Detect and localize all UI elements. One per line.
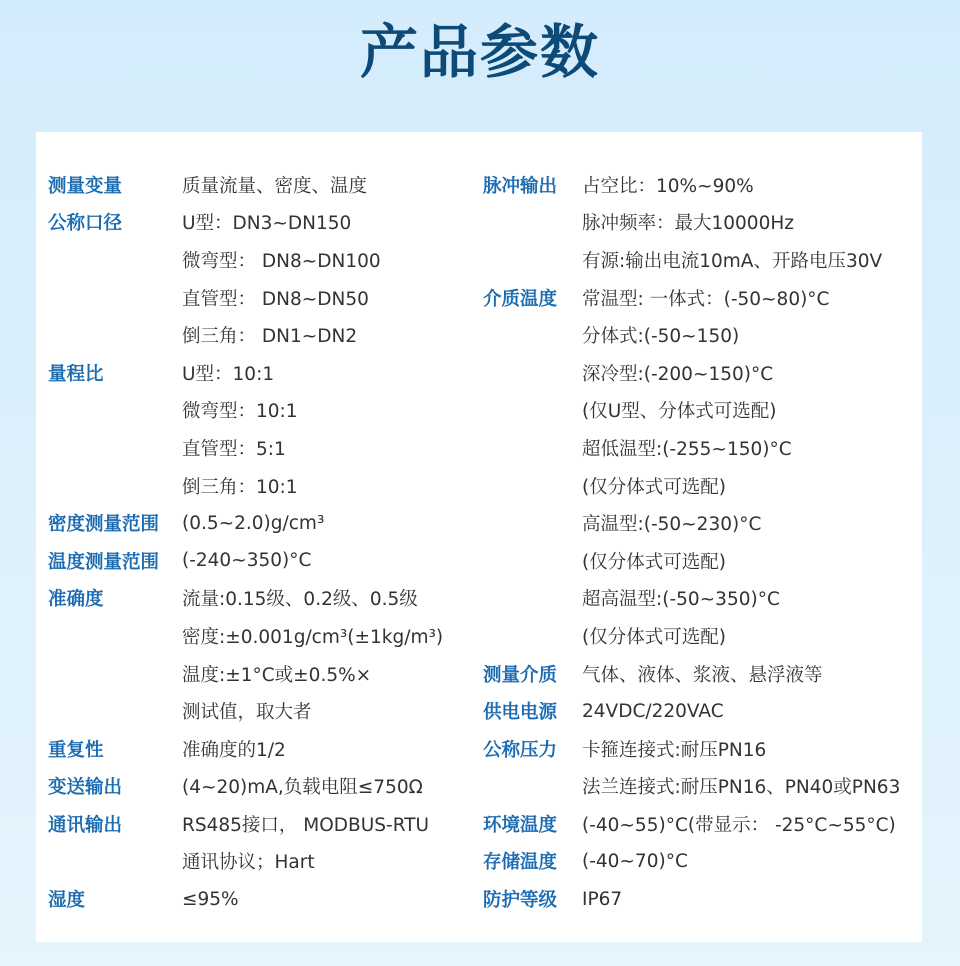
spec-value: (仅分体式可选配) (582, 473, 726, 499)
spec-label: 脉冲输出 (483, 172, 582, 198)
spec-row: (仅分体式可选配) (483, 542, 900, 580)
spec-value: 常温型: 一体式：(-50~80)°C (582, 285, 829, 311)
spec-label: 防护等级 (483, 886, 582, 912)
spec-row: 密度:±0.001g/cm³(±1kg/m³) (48, 617, 443, 655)
spec-label: 通讯输出 (48, 811, 182, 837)
spec-column-right: 脉冲输出占空比：10%~90% 脉冲频率：最大10000Hz 有源:输出电流10… (483, 166, 900, 918)
spec-value: (4~20)mA,负载电阻≤750Ω (182, 773, 423, 799)
spec-row: 倒三角：10:1 (48, 467, 443, 505)
spec-row: 测量介质气体、液体、浆液、悬浮液等 (483, 655, 900, 693)
spec-label: 公称压力 (483, 736, 582, 762)
spec-row: 测量变量质量流量、密度、温度 (48, 166, 443, 204)
spec-row: 脉冲输出占空比：10%~90% (483, 166, 900, 204)
spec-column-left: 测量变量质量流量、密度、温度 公称口径U型：DN3~DN150 微弯型： DN8… (48, 166, 443, 918)
spec-row: 准确度流量:0.15级、0.2级、0.5级 (48, 580, 443, 618)
spec-value: 温度:±1°C或±0.5%× (182, 661, 371, 687)
spec-row: 脉冲频率：最大10000Hz (483, 204, 900, 242)
spec-row: 超低温型:(-255~150)°C (483, 429, 900, 467)
spec-row: 供电电源24VDC/220VAC (483, 692, 900, 730)
spec-value: 通讯协议；Hart (182, 848, 315, 874)
spec-value: (仅分体式可选配) (582, 623, 726, 649)
spec-label: 温度测量范围 (48, 548, 182, 574)
spec-row: 分体式:(-50~150) (483, 316, 900, 354)
spec-value: 密度:±0.001g/cm³(±1kg/m³) (182, 623, 443, 649)
spec-row: 直管型：5:1 (48, 429, 443, 467)
spec-value: (-240~350)°C (182, 550, 311, 571)
spec-value: 倒三角：10:1 (182, 473, 298, 499)
spec-value: 流量:0.15级、0.2级、0.5级 (182, 585, 418, 611)
spec-value: 直管型：5:1 (182, 435, 286, 461)
spec-value: 质量流量、密度、温度 (182, 172, 367, 198)
spec-label: 重复性 (48, 736, 182, 762)
spec-label: 密度测量范围 (48, 510, 182, 536)
spec-value: 倒三角： DN1~DN2 (182, 322, 357, 348)
spec-row: 通讯协议；Hart (48, 843, 443, 881)
spec-row: 密度测量范围(0.5~2.0)g/cm³ (48, 504, 443, 542)
spec-label: 供电电源 (483, 698, 582, 724)
spec-value: (-40~70)°C (582, 851, 688, 872)
spec-row: 直管型： DN8~DN50 (48, 279, 443, 317)
spec-label: 测量变量 (48, 172, 182, 198)
spec-value: 法兰连接式:耐压PN16、PN40或PN63 (582, 773, 900, 799)
spec-row: 通讯输出RS485接口， MODBUS-RTU (48, 805, 443, 843)
spec-row: 温度测量范围(-240~350)°C (48, 542, 443, 580)
spec-row: 量程比U型：10:1 (48, 354, 443, 392)
spec-value: 微弯型：10:1 (182, 397, 298, 423)
spec-value: 分体式:(-50~150) (582, 322, 739, 348)
spec-row: 倒三角： DN1~DN2 (48, 316, 443, 354)
spec-row: 高温型:(-50~230)°C (483, 504, 900, 542)
spec-value: 超高温型:(-50~350)°C (582, 585, 780, 611)
spec-value: 卡箍连接式:耐压PN16 (582, 736, 766, 762)
spec-value: 微弯型： DN8~DN100 (182, 247, 381, 273)
spec-row: 存储温度(-40~70)°C (483, 843, 900, 881)
spec-value: 有源:输出电流10mA、开路电压30V (582, 247, 882, 273)
spec-value: (仅U型、分体式可选配) (582, 397, 776, 423)
spec-value: ≤95% (182, 889, 239, 910)
spec-label: 测量介质 (483, 661, 582, 687)
spec-value: IP67 (582, 889, 622, 910)
spec-row: 微弯型：10:1 (48, 392, 443, 430)
spec-value: 24VDC/220VAC (582, 701, 724, 722)
spec-value: 直管型： DN8~DN50 (182, 285, 369, 311)
spec-row: 深冷型:(-200~150)°C (483, 354, 900, 392)
page-title: 产品参数 (0, 14, 960, 90)
spec-row: 超高温型:(-50~350)°C (483, 580, 900, 618)
spec-value: (-40~55)°C(带显示： -25°C~55°C) (582, 811, 896, 837)
spec-row: 法兰连接式:耐压PN16、PN40或PN63 (483, 768, 900, 806)
spec-row: (仅分体式可选配) (483, 467, 900, 505)
spec-value: 气体、液体、浆液、悬浮液等 (582, 661, 823, 687)
spec-value: (仅分体式可选配) (582, 548, 726, 574)
spec-label: 公称口径 (48, 209, 182, 235)
spec-row: 变送输出(4~20)mA,负载电阻≤750Ω (48, 768, 443, 806)
spec-value: 脉冲频率：最大10000Hz (582, 209, 794, 235)
spec-row: 湿度≤95% (48, 880, 443, 918)
spec-label: 变送输出 (48, 773, 182, 799)
spec-value: 准确度的1/2 (182, 736, 286, 762)
spec-label: 量程比 (48, 360, 182, 386)
spec-row: (仅分体式可选配) (483, 617, 900, 655)
spec-label: 介质温度 (483, 285, 582, 311)
spec-row: (仅U型、分体式可选配) (483, 392, 900, 430)
spec-row: 温度:±1°C或±0.5%× (48, 655, 443, 693)
spec-value: U型：DN3~DN150 (182, 209, 351, 235)
spec-value: 占空比：10%~90% (582, 172, 754, 198)
spec-label: 存储温度 (483, 848, 582, 874)
spec-label: 环境温度 (483, 811, 582, 837)
spec-row: 介质温度常温型: 一体式：(-50~80)°C (483, 279, 900, 317)
spec-row: 环境温度(-40~55)°C(带显示： -25°C~55°C) (483, 805, 900, 843)
spec-row: 微弯型： DN8~DN100 (48, 241, 443, 279)
spec-row: 有源:输出电流10mA、开路电压30V (483, 241, 900, 279)
spec-value: 超低温型:(-255~150)°C (582, 435, 792, 461)
spec-row: 防护等级IP67 (483, 880, 900, 918)
spec-card: 测量变量质量流量、密度、温度 公称口径U型：DN3~DN150 微弯型： DN8… (36, 132, 922, 942)
spec-row: 公称口径U型：DN3~DN150 (48, 204, 443, 242)
spec-row: 测试值，取大者 (48, 692, 443, 730)
spec-value: RS485接口， MODBUS-RTU (182, 811, 429, 837)
spec-row: 重复性准确度的1/2 (48, 730, 443, 768)
spec-value: U型：10:1 (182, 360, 274, 386)
spec-value: 高温型:(-50~230)°C (582, 510, 761, 536)
spec-value: 测试值，取大者 (182, 698, 312, 724)
spec-row: 公称压力卡箍连接式:耐压PN16 (483, 730, 900, 768)
spec-value: 深冷型:(-200~150)°C (582, 360, 773, 386)
spec-label: 湿度 (48, 886, 182, 912)
spec-label: 准确度 (48, 585, 182, 611)
spec-value: (0.5~2.0)g/cm³ (182, 513, 324, 534)
